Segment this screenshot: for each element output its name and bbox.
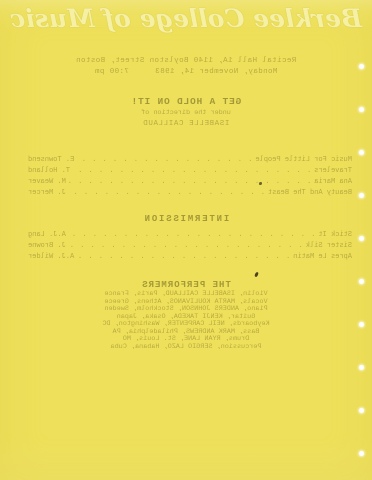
dot-leader (69, 242, 303, 251)
time-text: 7:00 pm (95, 68, 129, 76)
dot-leader (69, 189, 265, 198)
dot-leader (73, 167, 311, 176)
binder-hole (359, 193, 364, 198)
date-text: Monday, November 14, 1983 (155, 68, 278, 76)
program-list-first-half: Music For Little People E. Townsend Trav… (28, 156, 352, 200)
composer-name: T. Holland (28, 167, 70, 175)
program-row: Stick It A.J. Lang (28, 231, 352, 242)
intermission-heading: INTERMISSION (0, 214, 372, 224)
piece-title: Music For Little People (255, 156, 352, 164)
binder-hole (359, 365, 364, 370)
piece-title: Beauty And The Beast (268, 189, 352, 197)
concert-title: GET A HOLD ON IT! (0, 96, 372, 107)
binder-hole (359, 279, 364, 284)
piece-title: Ana Maria (314, 178, 352, 186)
college-logo-text: Berklee College of Music (0, 4, 372, 33)
program-row: Beauty And The Beast J. Mercer (28, 189, 352, 200)
program-row: Sister Silk J. Browne (28, 242, 352, 253)
binder-hole (359, 150, 364, 155)
venue-line: Recital Hall 1A, 1140 Boylston Street, B… (0, 57, 372, 65)
dot-leader (69, 178, 311, 187)
mirrored-showthrough-layer: Berklee College of Music Recital Hall 1A… (0, 0, 372, 480)
piece-title: Sister Silk (306, 242, 352, 250)
composer-name: J. Mercer (28, 189, 66, 197)
scanned-program-page: Berklee College of Music Recital Hall 1A… (0, 0, 372, 480)
piece-title: Stick It (318, 231, 352, 239)
composer-name: M. Weaver (28, 178, 66, 186)
program-row: Travelers T. Holland (28, 167, 352, 178)
performers-list: Violin, ISABELLE CAILLAUD, Paris, France… (0, 291, 372, 351)
binder-hole (359, 322, 364, 327)
binder-hole (359, 451, 364, 456)
program-row: Music For Little People E. Townsend (28, 156, 352, 167)
performers-heading: THE PERFORMERS (0, 280, 372, 290)
performer-line: Percussion, SERGIO LAZO, Habana, Cuba (0, 344, 372, 352)
binder-hole (359, 64, 364, 69)
dot-leader (77, 253, 290, 262)
program-row: Ana Maria M. Weaver (28, 178, 352, 189)
dot-leader (69, 231, 316, 240)
piece-title: Travelers (314, 167, 352, 175)
program-list-second-half: Stick It A.J. Lang Sister Silk J. Browne… (28, 231, 352, 264)
binder-hole (359, 408, 364, 413)
date-line: Monday, November 14, 19837:00 pm (0, 68, 372, 76)
program-row: Apres Le Matin A.J. Wilder (28, 253, 352, 264)
composer-name: J. Browne (28, 242, 66, 250)
composer-name: A.J. Wilder (28, 253, 74, 261)
dot-leader (77, 156, 252, 165)
composer-name: E. Townsend (28, 156, 74, 164)
binder-hole (359, 107, 364, 112)
concert-director: ISABELLE CAILLAUD (0, 120, 372, 128)
binder-hole (359, 236, 364, 241)
piece-title: Apres Le Matin (293, 253, 352, 261)
composer-name: A.J. Lang (28, 231, 66, 239)
concert-subtitle: under the direction of (0, 109, 372, 117)
